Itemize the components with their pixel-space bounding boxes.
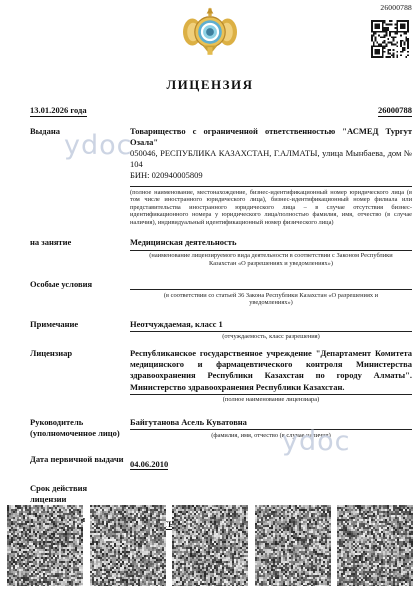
company-bin: БИН: 020940005809 xyxy=(130,170,412,181)
document-title: ЛИЦЕНЗИЯ xyxy=(0,77,420,93)
license-date: 13.01.2026 года xyxy=(30,105,87,117)
barcode-block xyxy=(7,505,83,586)
field-note-licensor: (полное наименование лицензиара) xyxy=(130,396,412,404)
license-number: 26000788 xyxy=(378,105,412,117)
field-special-conditions: Особые условия (в соответствии со статье… xyxy=(30,279,412,307)
field-label-special: Особые условия xyxy=(30,279,130,290)
barcode-block xyxy=(172,505,248,586)
field-head-person: Руководитель (уполномоченное лицо) Байгу… xyxy=(30,417,412,439)
field-label-activity: на занятие xyxy=(30,237,130,248)
license-document: 26000788 ЛИЦЕНЗИЯ 13.0 xyxy=(0,0,420,600)
field-activity: на занятие Медицинская деятельность (наи… xyxy=(30,237,412,267)
barcode-block xyxy=(255,505,331,586)
field-label-licensor: Лицензиар xyxy=(30,348,130,359)
field-note-special: (в соответствии со статьей 36 Закона Рес… xyxy=(130,292,412,307)
field-label-remark: Примечание xyxy=(30,319,130,330)
field-label-validity: Срок действия лицензии xyxy=(30,483,130,505)
qr-code xyxy=(371,20,409,58)
barcode-block xyxy=(90,505,166,586)
kazakhstan-coat-of-arms-icon xyxy=(183,7,237,62)
field-note-remark: (отчуждаемость, класс разрешения) xyxy=(130,333,412,341)
remark-value: Неотчуждаемая, класс 1 xyxy=(130,319,412,332)
barcode-block xyxy=(337,505,413,586)
document-body: 13.01.2026 года 26000788 Выдана Товарище… xyxy=(0,105,420,532)
document-header: 26000788 ЛИЦЕНЗИЯ xyxy=(0,0,420,94)
date-number-row: 13.01.2026 года 26000788 xyxy=(30,105,412,117)
activity-value: Медицинская деятельность xyxy=(130,237,412,250)
doc-number-top: 26000788 xyxy=(380,3,412,12)
field-issued: Выдана Товарищество с ограниченной ответ… xyxy=(30,126,412,227)
barcode-strip xyxy=(7,505,413,586)
field-licensor: Лицензиар Республиканское государственно… xyxy=(30,348,412,404)
company-name: Товарищество с ограниченной ответственно… xyxy=(130,126,412,148)
field-remark: Примечание Неотчуждаемая, класс 1 (отчуж… xyxy=(30,319,412,341)
licensor-value: Республиканское государственное учрежден… xyxy=(130,348,412,395)
field-label-first-issue: Дата первичной выдачи xyxy=(30,454,130,465)
field-note-issued: (полное наименование, местонахождение, б… xyxy=(130,186,412,227)
field-label-issued: Выдана xyxy=(30,126,130,137)
field-first-issue: Дата первичной выдачи 04.06.2010 xyxy=(30,454,412,472)
special-conditions-blank xyxy=(130,279,412,290)
field-validity: Срок действия лицензии xyxy=(30,483,412,505)
head-person-value: Байгутанова Асель Куватовна xyxy=(130,417,412,430)
field-note-head: (фамилия, имя, отчество (в случае наличи… xyxy=(130,432,412,440)
field-note-activity: (наименование лицензируемого вида деятел… xyxy=(130,252,412,267)
first-issue-value: 04.06.2010 xyxy=(130,459,168,470)
company-address: 050046, РЕСПУБЛИКА КАЗАХСТАН, Г.АЛМАТЫ, … xyxy=(130,148,412,170)
field-label-head: Руководитель (уполномоченное лицо) xyxy=(30,417,130,439)
